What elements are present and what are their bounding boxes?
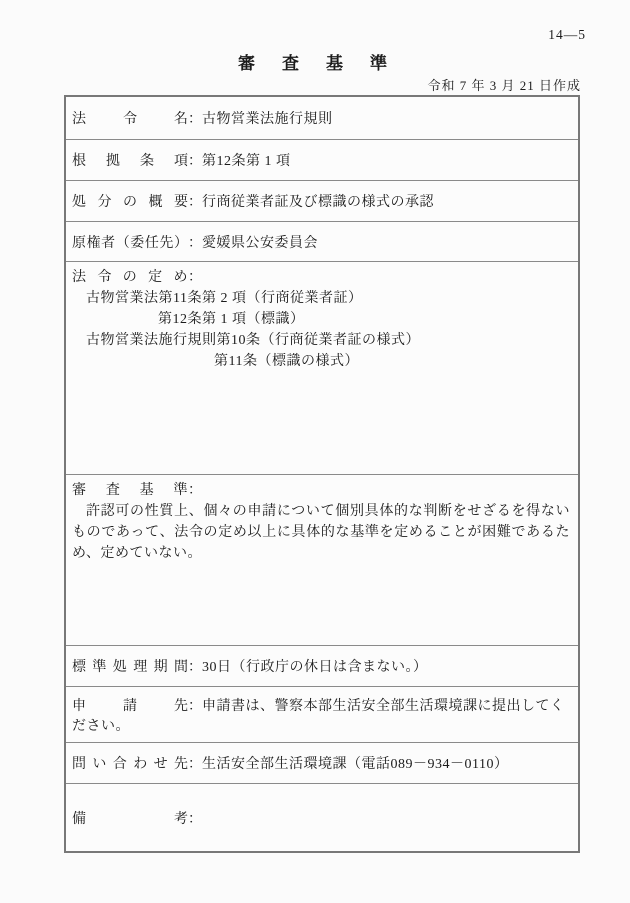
legal-provision-line: 古物営業法第11条第 2 項（行商従業者証） — [72, 288, 570, 309]
label-colon: ： — [188, 267, 203, 288]
label-colon: ： — [188, 808, 202, 828]
row-line: 問い合わせ先：生活安全部生活環境課（電話089－934－0110） — [72, 753, 508, 773]
table-row-application-destination: 申請先：申請書は、警察本部生活安全部生活環境課に提出してください。 — [66, 686, 578, 742]
row-label: 法令の定め — [72, 267, 188, 288]
row-label: 根拠条項 — [72, 150, 188, 170]
page-number: 14—5 — [548, 27, 586, 43]
document-page: 14—5 審 査 基 準 令和 7 年 3 月 21 日作成 法令名：古物営業法… — [0, 0, 630, 903]
row-value: 古物営業法施行規則 — [202, 112, 333, 127]
row-label: 原権者（委任先） — [72, 232, 188, 252]
label-colon: ： — [188, 191, 202, 211]
row-label: 法令名 — [72, 108, 188, 128]
row-label: 審査基準 — [72, 480, 188, 501]
table-row-examination-standards: 審査基準： 許認可の性質上、個々の申請について個別具体的な判断をせざるを得ないも… — [66, 474, 578, 645]
label-colon: ： — [188, 150, 202, 170]
row-line: 申請先：申請書は、警察本部生活安全部生活環境課に提出してください。 — [72, 695, 570, 735]
row-label: 標準処理期間 — [72, 656, 188, 676]
examination-standards-body: 許認可の性質上、個々の申請について個別具体的な判断をせざるを得ないものであって、… — [72, 501, 570, 564]
row-value: 生活安全部生活環境課（電話089－934－0110） — [202, 757, 508, 772]
row-value: 愛媛県公安委員会 — [202, 236, 318, 251]
row-line: 根拠条項：第12条第 1 項 — [72, 150, 291, 170]
row-label: 問い合わせ先 — [72, 753, 188, 773]
page-title: 審 査 基 準 — [0, 49, 630, 74]
row-label: 申請先 — [72, 695, 188, 715]
table-row-law-name: 法令名：古物営業法施行規則 — [66, 97, 578, 139]
table-row-contact: 問い合わせ先：生活安全部生活環境課（電話089－934－0110） — [66, 742, 578, 783]
label-colon: ： — [188, 108, 202, 128]
label-colon: ： — [188, 480, 203, 501]
row-value: 30日（行政庁の休日は含まない。） — [202, 660, 428, 675]
row-label-line: 法令の定め： — [72, 267, 570, 288]
legal-provision-line: 第12条第 1 項（標識） — [72, 309, 570, 330]
label-colon: ： — [188, 232, 202, 252]
created-date: 令和 7 年 3 月 21 日作成 — [427, 75, 581, 94]
row-label: 処分の概要 — [72, 191, 188, 211]
table-row-basis-clause: 根拠条項：第12条第 1 項 — [66, 139, 578, 180]
row-line: 標準処理期間：30日（行政庁の休日は含まない。） — [72, 656, 428, 676]
table-row-original-authority: 原権者（委任先）：愛媛県公安委員会 — [66, 221, 578, 261]
label-colon: ： — [188, 656, 202, 676]
review-standards-table: 法令名：古物営業法施行規則 根拠条項：第12条第 1 項 処分の概要：行商従業者… — [64, 95, 580, 853]
row-line: 処分の概要：行商従業者証及び標識の様式の承認 — [72, 191, 434, 211]
table-row-legal-provisions: 法令の定め： 古物営業法第11条第 2 項（行商従業者証） 第12条第 1 項（… — [66, 261, 578, 474]
legal-provision-line: 第11条（標識の様式） — [72, 351, 570, 372]
label-colon: ： — [188, 753, 202, 773]
label-colon: ： — [188, 695, 202, 715]
row-line: 備考： — [72, 808, 202, 828]
row-line: 原権者（委任先）：愛媛県公安委員会 — [72, 232, 318, 252]
table-row-disposition-summary: 処分の概要：行商従業者証及び標識の様式の承認 — [66, 180, 578, 221]
table-row-standard-processing-period: 標準処理期間：30日（行政庁の休日は含まない。） — [66, 645, 578, 686]
row-line: 法令名：古物営業法施行規則 — [72, 108, 333, 128]
legal-provision-line: 古物営業法施行規則第10条（行商従業者証の様式） — [72, 330, 570, 351]
row-value: 行商従業者証及び標識の様式の承認 — [202, 195, 434, 210]
row-label-line: 審査基準： — [72, 480, 570, 501]
row-value: 第12条第 1 項 — [202, 154, 291, 169]
table-row-remarks: 備考： — [66, 783, 578, 851]
row-label: 備考 — [72, 808, 188, 828]
